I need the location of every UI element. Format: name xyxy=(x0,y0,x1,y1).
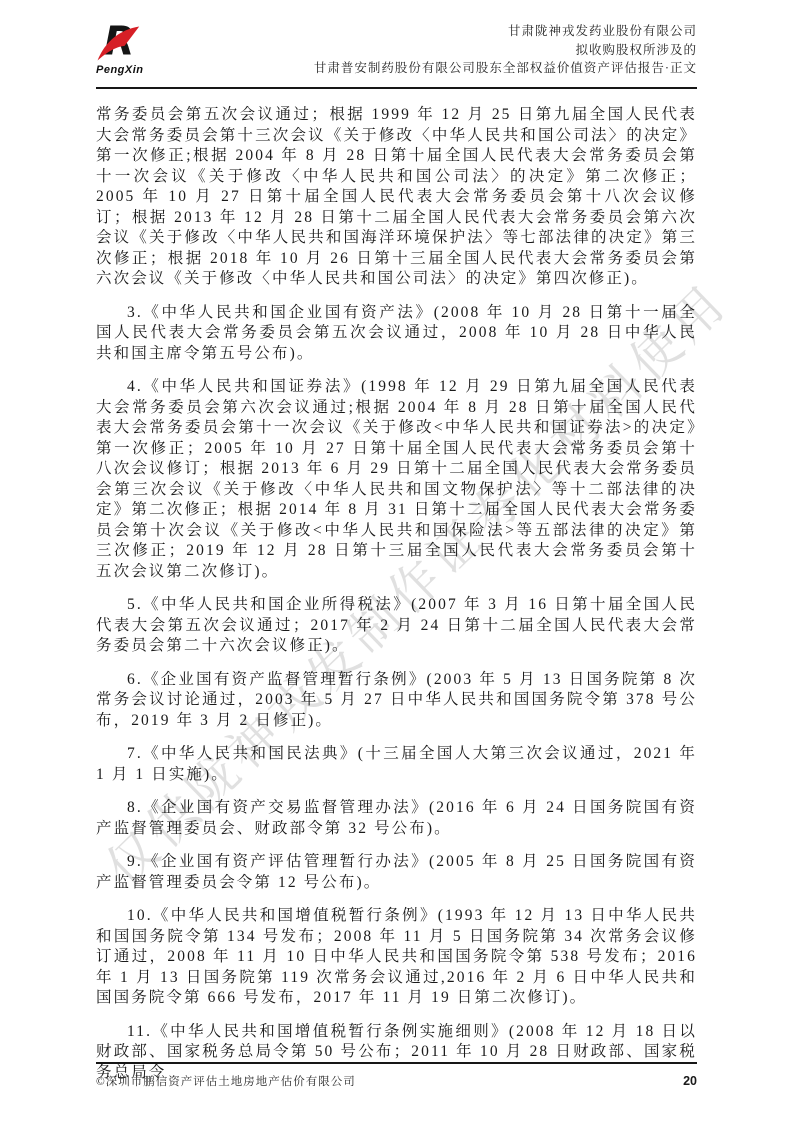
body-paragraph: 8.《企业国有资产交易监督管理办法》(2016 年 6 月 24 日国务院国有资… xyxy=(96,798,697,839)
pengxin-logo: R PengXin xyxy=(96,18,172,76)
body-text: 常务委员会第五次会议通过；根据 1999 年 12 月 25 日第九届全国人民代… xyxy=(96,105,697,1083)
body-paragraph: 10.《中华人民共和国增值税暂行条例》(1993 年 12 月 13 日中华人民… xyxy=(96,906,697,1009)
body-paragraph: 3.《中华人民共和国企业国有资产法》(2008 年 10 月 28 日第十一届全… xyxy=(96,303,697,365)
body-paragraph: 常务委员会第五次会议通过；根据 1999 年 12 月 25 日第九届全国人民代… xyxy=(96,105,697,290)
body-paragraph: 5.《中华人民共和国企业所得税法》(2007 年 3 月 16 日第十届全国人民… xyxy=(96,595,697,657)
header-line-company: 甘肃陇神戎发药业股份有限公司 xyxy=(314,22,697,41)
footer-copyright: ©深圳市鹏信资产评估土地房地产估价有限公司 xyxy=(96,1073,356,1089)
body-paragraph: 4.《中华人民共和国证券法》(1998 年 12 月 29 日第九届全国人民代表… xyxy=(96,377,697,582)
body-paragraph: 6.《企业国有资产监督管理暂行条例》(2003 年 5 月 13 日国务院第 8… xyxy=(96,670,697,732)
pengxin-logo-icon: R xyxy=(96,20,150,67)
body-paragraph: 7.《中华人民共和国民法典》(十三届全国人大第三次会议通过，2021 年 1 月… xyxy=(96,744,697,785)
header-line-subject: 拟收购股权所涉及的 xyxy=(314,41,697,60)
body-paragraph: 9.《企业国有资产评估管理暂行办法》(2005 年 8 月 25 日国务院国有资… xyxy=(96,852,697,893)
footer-row: ©深圳市鹏信资产评估土地房地产估价有限公司 20 xyxy=(96,1064,697,1089)
pengxin-logo-text: PengXin xyxy=(96,64,172,76)
header-line-report-title: 甘肃普安制药股份有限公司股东全部权益价值资产评估报告·正文 xyxy=(314,59,697,78)
header-rule xyxy=(96,87,697,89)
document-page: 仅供陇神戎发制作证券化材料使用 R PengXin 甘肃陇神戎发药业股份有限公司… xyxy=(0,0,793,1122)
header-title-block: 甘肃陇神戎发药业股份有限公司 拟收购股权所涉及的 甘肃普安制药股份有限公司股东全… xyxy=(314,18,697,78)
page-header: R PengXin 甘肃陇神戎发药业股份有限公司 拟收购股权所涉及的 甘肃普安制… xyxy=(96,18,697,78)
page-number: 20 xyxy=(683,1074,697,1088)
page-footer: ©深圳市鹏信资产评估土地房地产估价有限公司 20 xyxy=(96,1062,697,1089)
